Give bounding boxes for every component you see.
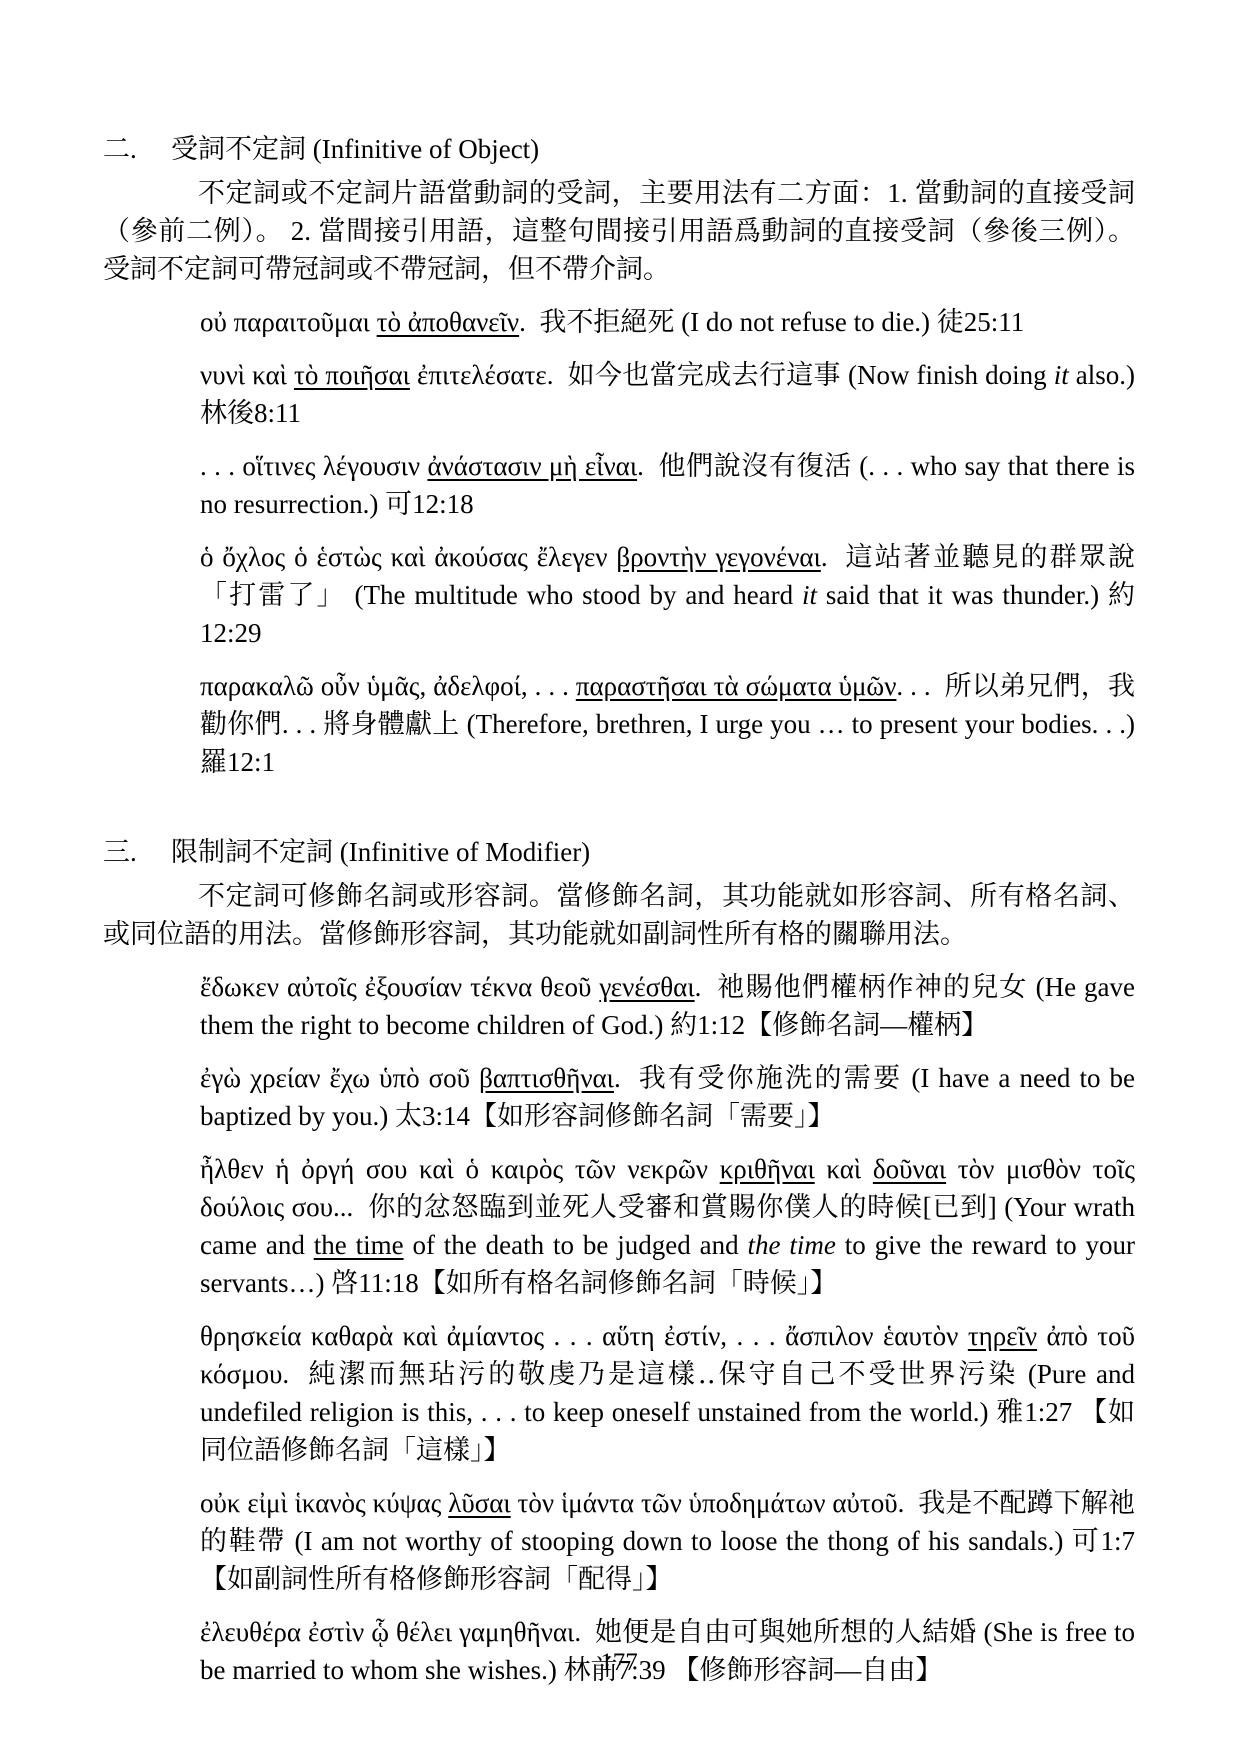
section-heading: 二. 受詞不定詞 (Infinitive of Object) (103, 130, 1135, 168)
section-infinitive-of-object: 二. 受詞不定詞 (Infinitive of Object) 不定詞或不定詞片… (103, 130, 1135, 781)
section-heading: 三. 限制詞不定詞 (Infinitive of Modifier) (103, 833, 1135, 871)
section-intro: 不定詞可修飾名詞或形容詞。當修飾名詞，其功能就如形容詞、所有格名詞、或同位語的用… (103, 877, 1135, 953)
example: ἐγὼ χρείαν ἔχω ὑπὸ σοῦ βαπτισθῆναι. 我有受你… (200, 1059, 1135, 1135)
section-number: 三. (103, 833, 171, 871)
document-page: 二. 受詞不定詞 (Infinitive of Object) 不定詞或不定詞片… (0, 0, 1238, 1750)
page-number: 177 (0, 1648, 1238, 1678)
section-infinitive-of-modifier: 三. 限制詞不定詞 (Infinitive of Modifier) 不定詞可修… (103, 833, 1135, 1689)
example: . . . οἵτινες λέγουσιν ἀνάστασιν μὴ εἶνα… (200, 447, 1135, 523)
example: παρακαλῶ οὖν ὑμᾶς, ἀδελφοί, . . . παραστ… (200, 667, 1135, 781)
section-intro: 不定詞或不定詞片語當動詞的受詞，主要用法有二方面：1. 當動詞的直接受詞（參前二… (103, 174, 1135, 288)
example: ἦλθεν ἡ ὀργή σου καὶ ὁ καιρὸς τῶν νεκρῶν… (200, 1150, 1135, 1302)
example: οὐ παραιτοῦμαι τὸ ἀποθανεῖν. 我不拒絕死 (I do… (200, 303, 1135, 341)
section-number: 二. (103, 130, 171, 168)
example: νυνὶ καὶ τὸ ποιῆσαι ἐπιτελέσατε. 如今也當完成去… (200, 356, 1135, 432)
section-title: 限制詞不定詞 (Infinitive of Modifier) (171, 833, 590, 871)
example: ἔδωκεν αὐτοῖς ἐξουσίαν τέκνα θεοῦ γενέσθ… (200, 968, 1135, 1044)
example: ὁ ὄχλος ὁ ἑστὼς καὶ ἀκούσας ἔλεγεν βροντ… (200, 538, 1135, 652)
example: οὐκ εἰμὶ ἱκανὸς κύψας λῦσαι τὸν ἱμάντα τ… (200, 1484, 1135, 1598)
example: θρησκεία καθαρὰ καὶ ἀμίαντος . . . αὕτη … (200, 1317, 1135, 1469)
section-title: 受詞不定詞 (Infinitive of Object) (171, 130, 539, 168)
